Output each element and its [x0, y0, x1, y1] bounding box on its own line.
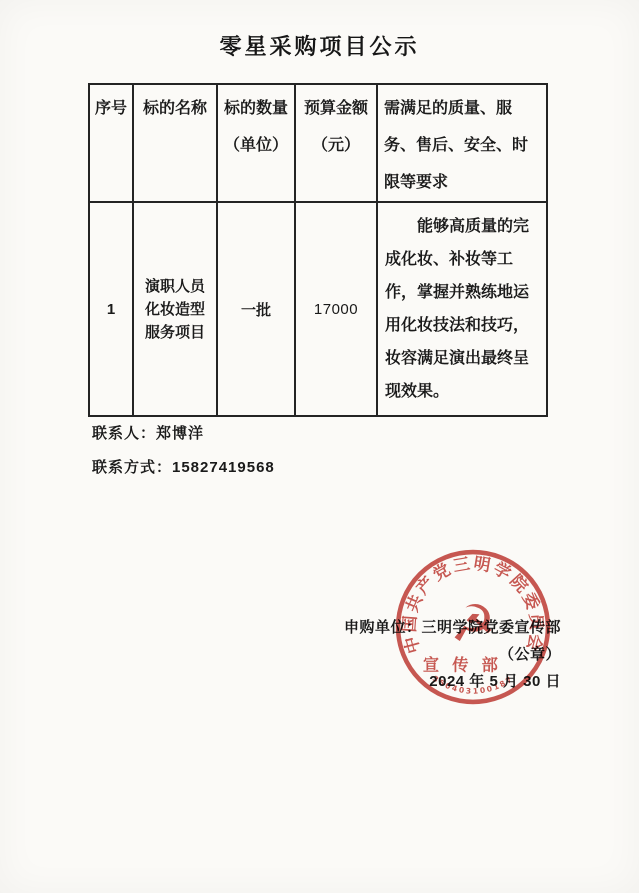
cell-name: 演职人员化妆造型服务项目: [133, 202, 217, 416]
document-page: 零星采购项目公示 序号 标的名称 标的数量 （单位） 预算金额 （元）: [0, 0, 639, 893]
footer-block: 申购单位：三明学院党委宣传部 （公章） 2024 年 5 月 30 日: [344, 614, 561, 695]
cell-budget: 17000: [295, 202, 377, 416]
header-cell-seq: 序号: [89, 84, 133, 202]
cell-seq: 1: [89, 202, 133, 416]
header-requirements-label: 需满足的质量、服务、售后、安全、时限等要求: [384, 90, 543, 201]
header-cell-budget: 预算金额 （元）: [295, 84, 377, 202]
contact-phone-line: 联系方式：15827419568: [92, 456, 275, 477]
header-seq-label: 序号: [90, 90, 132, 127]
header-cell-name: 标的名称: [133, 84, 217, 202]
table-header-row: 序号 标的名称 标的数量 （单位） 预算金额 （元） 需满足的质量、服务、售后、…: [89, 84, 547, 202]
date-line: 2024 年 5 月 30 日: [344, 668, 561, 695]
header-quantity-line1: 标的数量: [218, 90, 294, 127]
requirements-text: 能够高质量的完成化妆、补妆等工作，掌握并熟练地运用化妆技法和技巧，妆容满足演出最…: [385, 210, 542, 408]
header-quantity-line2: （单位）: [218, 127, 294, 164]
cell-quantity: 一批: [217, 202, 295, 416]
contact-person-line: 联系人：郑博洋: [92, 422, 204, 443]
official-seal-note: （公章）: [344, 641, 561, 668]
header-budget-line2: （元）: [296, 127, 376, 164]
purchasing-unit-line: 申购单位：三明学院党委宣传部: [344, 614, 561, 641]
table-row: 1 演职人员化妆造型服务项目 一批 17000 能够高质量的完成化妆、补妆等工作…: [89, 202, 547, 416]
header-name-label: 标的名称: [134, 90, 216, 127]
procurement-table: 序号 标的名称 标的数量 （单位） 预算金额 （元） 需满足的质量、服务、售后、…: [88, 83, 548, 417]
header-cell-quantity: 标的数量 （单位）: [217, 84, 295, 202]
header-cell-requirements: 需满足的质量、服务、售后、安全、时限等要求: [377, 84, 547, 202]
page-title: 零星采购项目公示: [0, 30, 639, 61]
header-budget-line1: 预算金额: [296, 90, 376, 127]
cell-requirements: 能够高质量的完成化妆、补妆等工作，掌握并熟练地运用化妆技法和技巧，妆容满足演出最…: [377, 202, 547, 416]
